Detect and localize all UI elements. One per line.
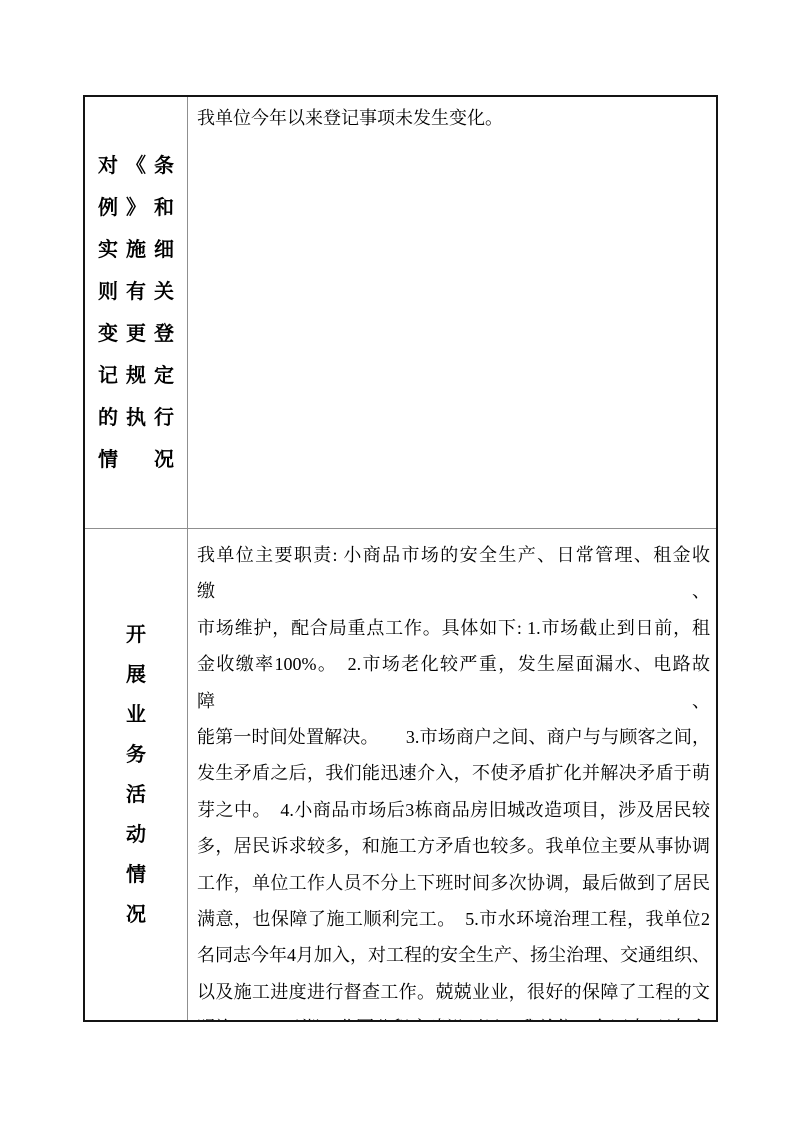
text-line: 记规定 <box>85 355 187 397</box>
row-regulation-compliance-content: 我单位今年以来登记事项未发生变化。 <box>188 97 716 529</box>
text-line: 业 <box>85 695 187 735</box>
text-line: 金收缴率100%。 2.市场老化较严重，发生屋面漏水、电路故障、 <box>197 646 710 719</box>
form-table: 对《条例》和实施细则有关变更登记规定的执行情 况 我单位今年以来登记事项未发生变… <box>83 95 718 1022</box>
text-line: 我单位今年以来登记事项未发生变化。 <box>197 103 710 133</box>
row-regulation-compliance-label: 对《条例》和实施细则有关变更登记规定的执行情 况 <box>85 97 188 529</box>
text-line: 则有关 <box>85 271 187 313</box>
text-line: 实施细 <box>85 229 187 271</box>
text-line: 开 <box>85 615 187 655</box>
text-line: 活 <box>85 775 187 815</box>
text-line: 对《条 <box>85 145 187 187</box>
text-line: 以及施工进度进行督查工作。兢兢业业，很好的保障了工程的文 <box>197 974 710 1010</box>
text-line: 满意，也保障了施工顺利完工。 5.市水环境治理工程，我单位2 <box>197 901 710 937</box>
text-line: 务 <box>85 735 187 775</box>
text-line: 工作，单位工作人员不分上下班时间多次协调，最后做到了居民 <box>197 865 710 901</box>
row-business-activity-label: 开展业务活动情况 <box>85 529 188 1020</box>
text-line: 能第一时间处置解决。 3.市场商户之间、商户与与顾客之间， <box>197 719 710 755</box>
text-line: 发生矛盾之后，我们能迅速介入，不使矛盾扩化并解决矛盾于萌 <box>197 755 710 791</box>
text-line: 我单位主要职责: 小商品市场的安全生产、日常管理、租金收缴、 <box>197 537 710 610</box>
text-line: 明施工 6.云湖工业园公租房建设项目，我单位一名同志4月加入 <box>197 1010 710 1020</box>
text-line: 的执行 <box>85 397 187 439</box>
page: 对《条例》和实施细则有关变更登记规定的执行情 况 我单位今年以来登记事项未发生变… <box>0 0 794 1122</box>
row-business-activity-content: 我单位主要职责: 小商品市场的安全生产、日常管理、租金收缴、市场维护，配合局重点… <box>188 529 716 1020</box>
text-line: 况 <box>85 895 187 935</box>
document-page: { "page": { "background_color": "#ffffff… <box>0 0 794 1122</box>
text-line: 动 <box>85 815 187 855</box>
text-line: 情 <box>85 855 187 895</box>
text-line: 市场维护，配合局重点工作。具体如下: 1.市场截止到日前，租 <box>197 610 710 646</box>
text-line: 名同志今年4月加入，对工程的安全生产、扬尘治理、交通组织、 <box>197 937 710 973</box>
text-line: 展 <box>85 655 187 695</box>
text-line: 例》和 <box>85 187 187 229</box>
text-line: 变更登 <box>85 313 187 355</box>
text-line: 芽之中。 4.小商品市场后3栋商品房旧城改造项目，涉及居民较 <box>197 792 710 828</box>
text-line: 情 况 <box>85 439 187 481</box>
text-line: 多，居民诉求较多，和施工方矛盾也较多。我单位主要从事协调 <box>197 828 710 864</box>
